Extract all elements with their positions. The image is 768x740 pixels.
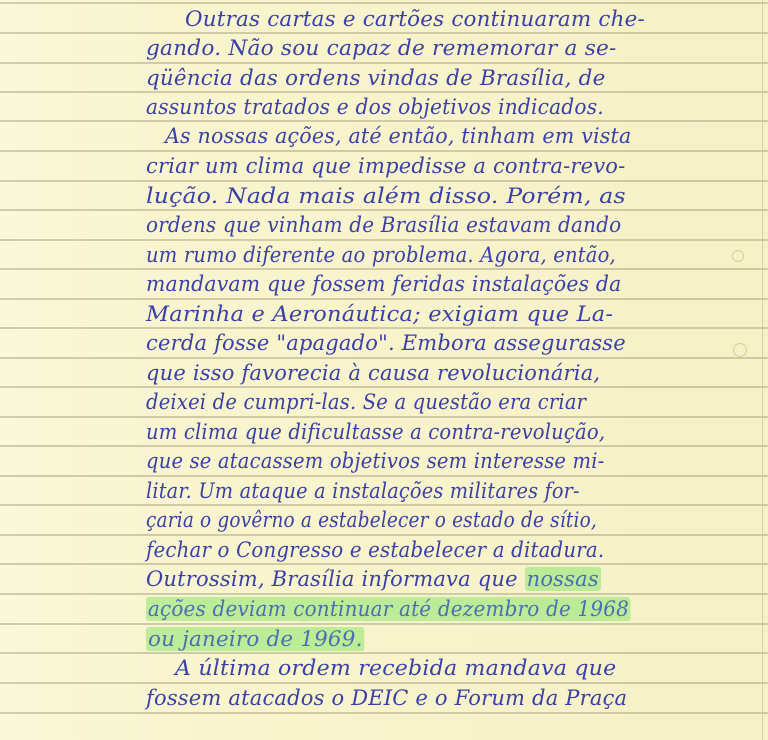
ruled-line	[0, 2, 768, 4]
notebook-page: Outras cartas e cartões continuaram che-…	[0, 0, 768, 740]
text-line: Marinha e Aeronáutica; exigiam que La-	[146, 300, 613, 328]
text-line: que se atacassem objetivos sem interesse…	[146, 447, 604, 475]
text-line: litar. Um ataque a instalações militares…	[146, 477, 580, 505]
text-line: lução. Nada mais além disso. Porém, as	[146, 182, 626, 210]
text-line: assuntos tratados e dos objetivos indica…	[146, 93, 604, 121]
text-line: As nossas ações, até então, tinham em vi…	[165, 122, 631, 150]
text-line: ações deviam continuar até dezembro de 1…	[146, 595, 631, 623]
text-line: ou janeiro de 1969.	[146, 625, 365, 653]
ruled-line	[0, 623, 768, 625]
text-line: gando. Não sou capaz de rememorar a se-	[146, 34, 617, 62]
text-line: um clima que dificultasse a contra-revol…	[146, 418, 605, 446]
text-line: Outras cartas e cartões continuaram che-	[185, 5, 645, 33]
text-line: cerda fosse "apagado". Embora assegurass…	[146, 329, 626, 357]
ruled-line	[0, 712, 768, 714]
paper-stain	[733, 343, 747, 357]
text-line: deixei de cumpri-las. Se a questão era c…	[146, 388, 586, 416]
text-line: fossem atacados o DEIC e o Forum da Praç…	[146, 684, 627, 712]
highlighted-text: nossas	[525, 567, 601, 591]
text-line: um rumo diferente ao problema. Agora, en…	[146, 241, 616, 269]
text-line: A última ordem recebida mandava que	[175, 654, 616, 682]
text-line: Outrossim, Brasília informava que nossas	[146, 565, 601, 593]
text-line: criar um clima que impedisse a contra-re…	[146, 152, 625, 180]
text-line: çaria o govêrno a estabelecer o estado d…	[146, 506, 597, 534]
highlighted-text: ações deviam continuar até dezembro de 1…	[146, 597, 631, 621]
page-edge	[762, 0, 763, 740]
text-line: mandavam que fossem feridas instalações …	[146, 270, 621, 298]
text-line: que isso favorecia à causa revolucionári…	[146, 359, 600, 387]
highlighted-text: ou janeiro de 1969.	[146, 627, 365, 651]
text-line: ordens que vinham de Brasília estavam da…	[146, 211, 621, 239]
text-segment: Outrossim, Brasília informava que	[146, 567, 518, 591]
paper-stain	[732, 250, 744, 262]
text-line: fechar o Congresso e estabelecer a ditad…	[146, 536, 604, 564]
text-line: qüência das ordens vindas de Brasília, d…	[146, 64, 605, 92]
